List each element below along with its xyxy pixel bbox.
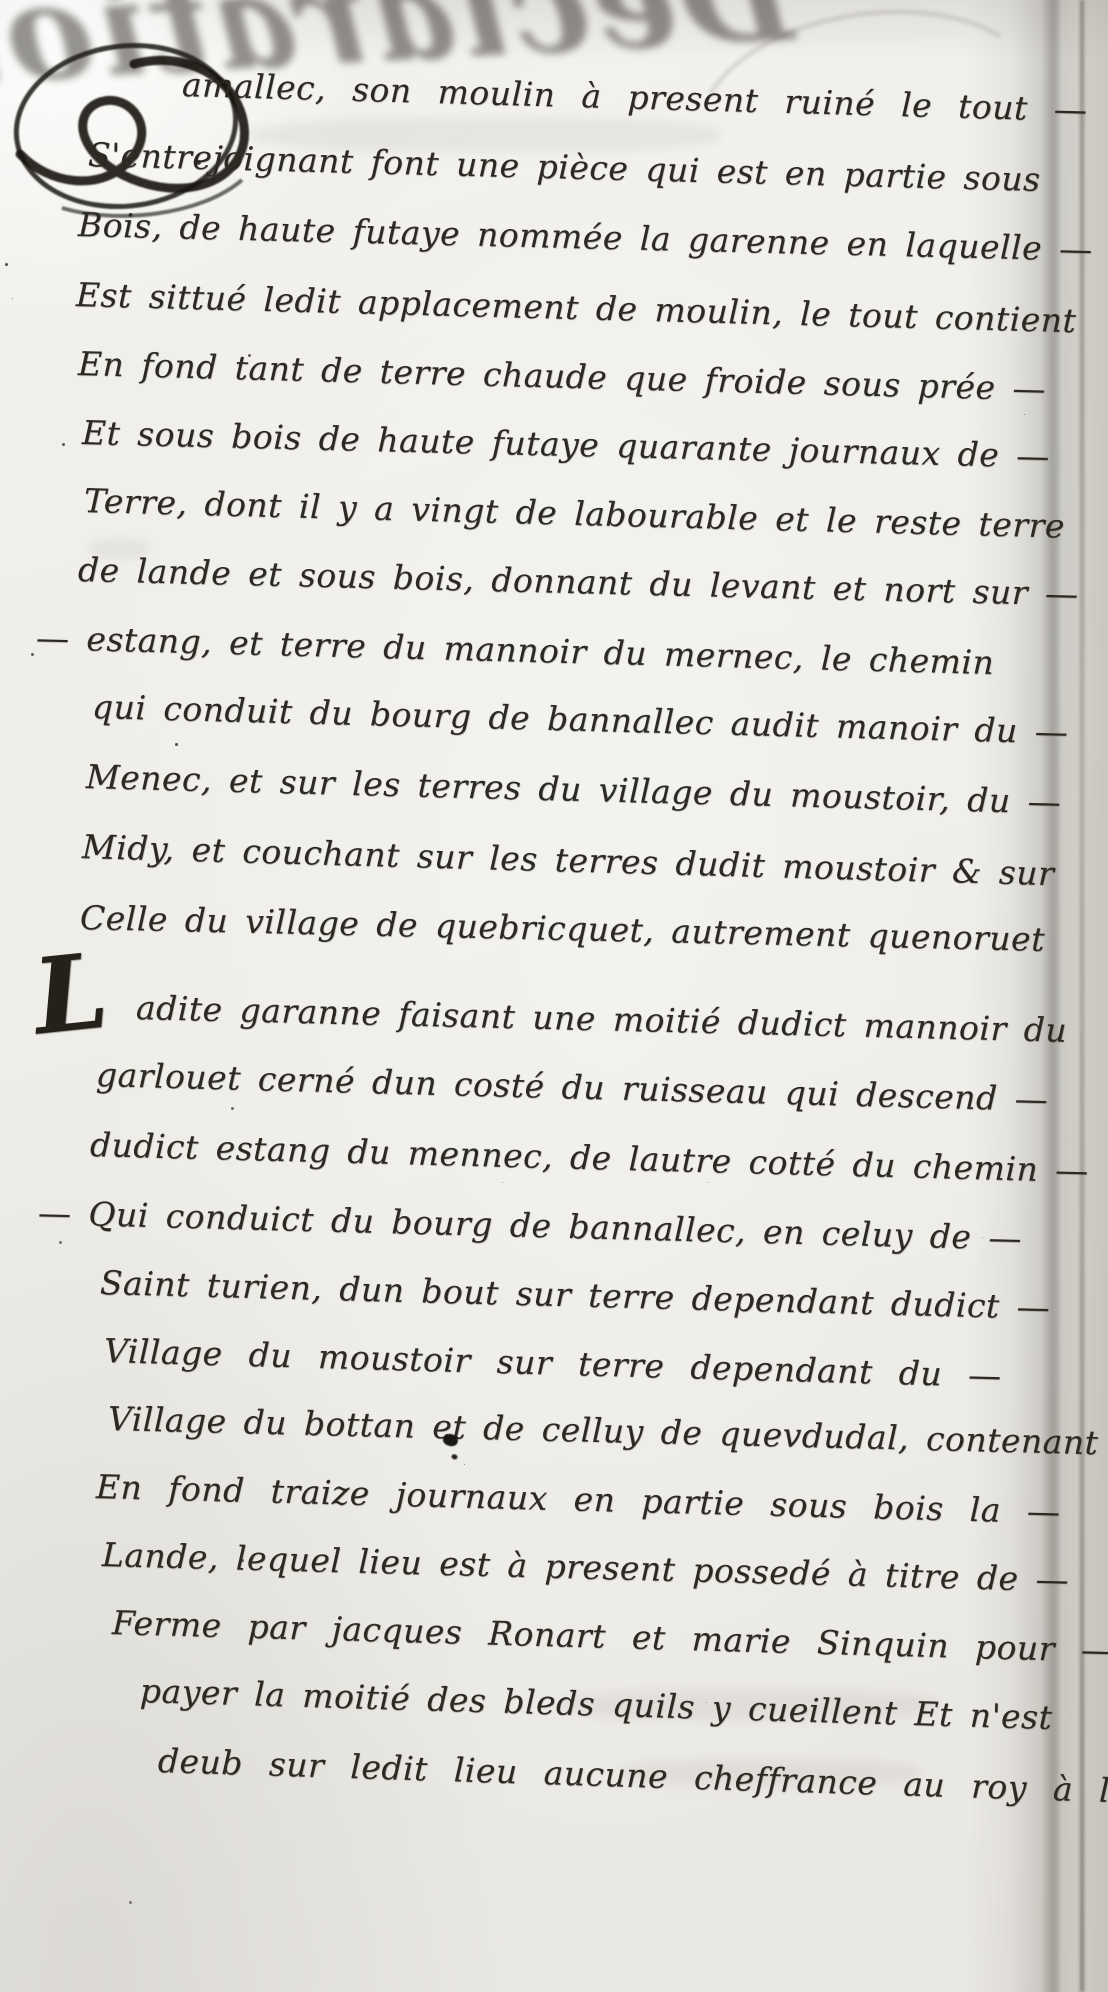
manuscript-page: Declarations amallec, son moulin à prese… <box>0 0 1108 1992</box>
manuscript-line: Village du bottan et de celluy de quevdu… <box>107 1396 1099 1466</box>
manuscript-line: deub sur ledit lieu aucune cheffrance au… <box>157 1738 1108 1816</box>
manuscript-line: Bois, de haute futaye nommée la garenne … <box>77 202 1093 273</box>
manuscript-line: Terre, dont il y a vingt de labourable e… <box>83 478 1065 550</box>
manuscript-line: En fond traize journaux en partie sous b… <box>95 1464 1061 1535</box>
manuscript-text-block: amallec, son moulin à present ruiné le t… <box>0 0 1108 1992</box>
manuscript-line: Est sittué ledit applacement de moulin, … <box>75 272 1077 344</box>
manuscript-line: Ferme par jacques Ronart et marie Sinqui… <box>111 1600 1108 1674</box>
manuscript-line: Midy, et couchant sur les terres dudit m… <box>81 824 1055 897</box>
manuscript-line: En fond tant de terre chaude que froide … <box>77 341 1046 412</box>
manuscript-line: Lande, lequel lieu est à present possedé… <box>101 1532 1069 1603</box>
manuscript-line: Menec, et sur les terres du village du m… <box>85 754 1061 826</box>
manuscript-line: de lande et sous bois, donnant du levant… <box>77 547 1079 617</box>
manuscript-line: Et sous bois de haute futaye quarante jo… <box>81 410 1050 480</box>
manuscript-line: dudict estang du mennec, de lautre cotté… <box>89 1122 1089 1194</box>
drop-cap-initial: L <box>28 929 114 1059</box>
manuscript-line: garlouet cerné dun costé du ruisseau qui… <box>95 1052 1048 1123</box>
manuscript-line: S'entrejoignant font une pièce qui est e… <box>87 132 1041 203</box>
manuscript-line: Village du moustoir sur terre dependant … <box>103 1328 1002 1399</box>
manuscript-line: amallec, son moulin à present ruiné le t… <box>181 62 1088 133</box>
manuscript-line: — estang, et terre du mannoir du mernec,… <box>35 615 994 686</box>
manuscript-line: payer la moitié des bleds quils y cueill… <box>139 1668 1053 1741</box>
manuscript-line: Saint turien, dun bout sur terre dependa… <box>99 1260 1050 1331</box>
manuscript-line: Celle du village de quebricquet, autreme… <box>79 895 1045 963</box>
manuscript-line: — Qui conduict du bourg de bannallec, en… <box>37 1190 1022 1262</box>
manuscript-line: qui conduit du bourg de bannallec audit … <box>91 684 1068 756</box>
manuscript-line: adite garanne faisant une moitié dudict … <box>135 985 1067 1054</box>
